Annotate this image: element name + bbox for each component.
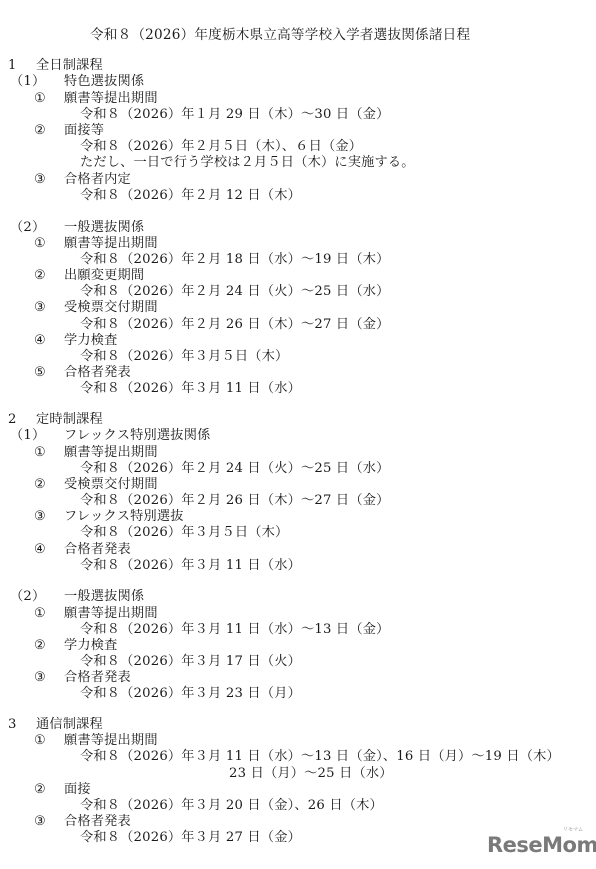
- item-date-continued: 23 日（月）～25 日（水）: [229, 766, 393, 782]
- item-date: 令和８（2026）年３月 11 日（水）～13 日（金）: [80, 622, 389, 638]
- item-heading: ④学力検査: [34, 333, 118, 349]
- item-heading: ③合格者発表: [34, 670, 131, 686]
- page-title: 令和８（2026）年度栃木県立高等学校入学者選抜関係諸日程: [90, 27, 470, 43]
- item-heading: ②受検票交付期間: [34, 477, 158, 493]
- item-date: 令和８（2026）年２月 26 日（木）～27 日（金）: [80, 317, 389, 333]
- item-heading: ④合格者発表: [34, 542, 131, 558]
- item-heading: ②学力検査: [34, 638, 118, 654]
- item-heading: ①願書等提出期間: [34, 91, 158, 107]
- item-date: 令和８（2026）年３月 27 日（金）: [80, 830, 301, 846]
- item-heading: ③受検票交付期間: [34, 300, 158, 316]
- item-date: 令和８（2026）年３月 23 日（月）: [80, 686, 301, 702]
- item-heading: ③フレックス特別選抜: [34, 509, 184, 525]
- item-date: 令和８（2026）年１月 29 日（木）～30 日（金）: [80, 107, 389, 123]
- section-heading: 1全日制課程: [8, 58, 103, 74]
- item-date: 令和８（2026）年２月 26 日（木）～27 日（金）: [80, 493, 389, 509]
- item-date: 令和８（2026）年２月５日（木）、６日（金）: [80, 139, 362, 155]
- item-heading: ⑤合格者発表: [34, 365, 131, 381]
- item-heading: ②出願変更期間: [34, 268, 144, 284]
- item-heading: ①願書等提出期間: [34, 733, 158, 749]
- item-date: 令和８（2026）年３月 17 日（火）: [80, 654, 301, 670]
- item-heading: ①願書等提出期間: [34, 236, 158, 252]
- resemom-watermark-logo: ReseMom: [487, 833, 596, 857]
- item-date: 令和８（2026）年２月 12 日（木）: [80, 188, 301, 204]
- item-date: 令和８（2026）年３月５日（木）: [80, 525, 288, 541]
- item-date: 令和８（2026）年２月 24 日（火）～25 日（水）: [80, 461, 389, 477]
- item-heading: ③合格者内定: [34, 172, 131, 188]
- item-date: 令和８（2026）年３月 11 日（水）: [80, 381, 301, 397]
- item-date: 令和８（2026）年３月 11 日（水）: [80, 558, 301, 574]
- subsection-heading: （1）特色選抜関係: [10, 74, 144, 90]
- section-heading: 3通信制課程: [8, 717, 103, 733]
- item-date: 令和８（2026）年３月 20 日（金）、26 日（木）: [80, 798, 383, 814]
- subsection-heading: （2）一般選抜関係: [10, 220, 144, 236]
- item-heading: ②面接等: [34, 123, 104, 139]
- item-date: 令和８（2026）年２月 24 日（火）～25 日（水）: [80, 284, 389, 300]
- item-heading: ③合格者発表: [34, 814, 131, 830]
- section-heading: 2定時制課程: [8, 412, 103, 428]
- item-heading: ②面接: [34, 782, 91, 798]
- item-heading: ①願書等提出期間: [34, 606, 158, 622]
- item-date: 令和８（2026）年３月５日（木）: [80, 349, 288, 365]
- subsection-heading: （1）フレックス特別選抜関係: [10, 428, 210, 444]
- item-note: ただし、一日で行う学校は２月５日（木）に実施する。: [80, 155, 415, 171]
- item-heading: ①願書等提出期間: [34, 445, 158, 461]
- item-date: 令和８（2026）年２月 18 日（水）～19 日（木）: [80, 252, 389, 268]
- item-date: 令和８（2026）年３月 11 日（水）～13 日（金）、16 日（月）～19 …: [80, 749, 560, 765]
- watermark-sub: リセマム: [563, 826, 583, 833]
- subsection-heading: （2）一般選抜関係: [10, 589, 144, 605]
